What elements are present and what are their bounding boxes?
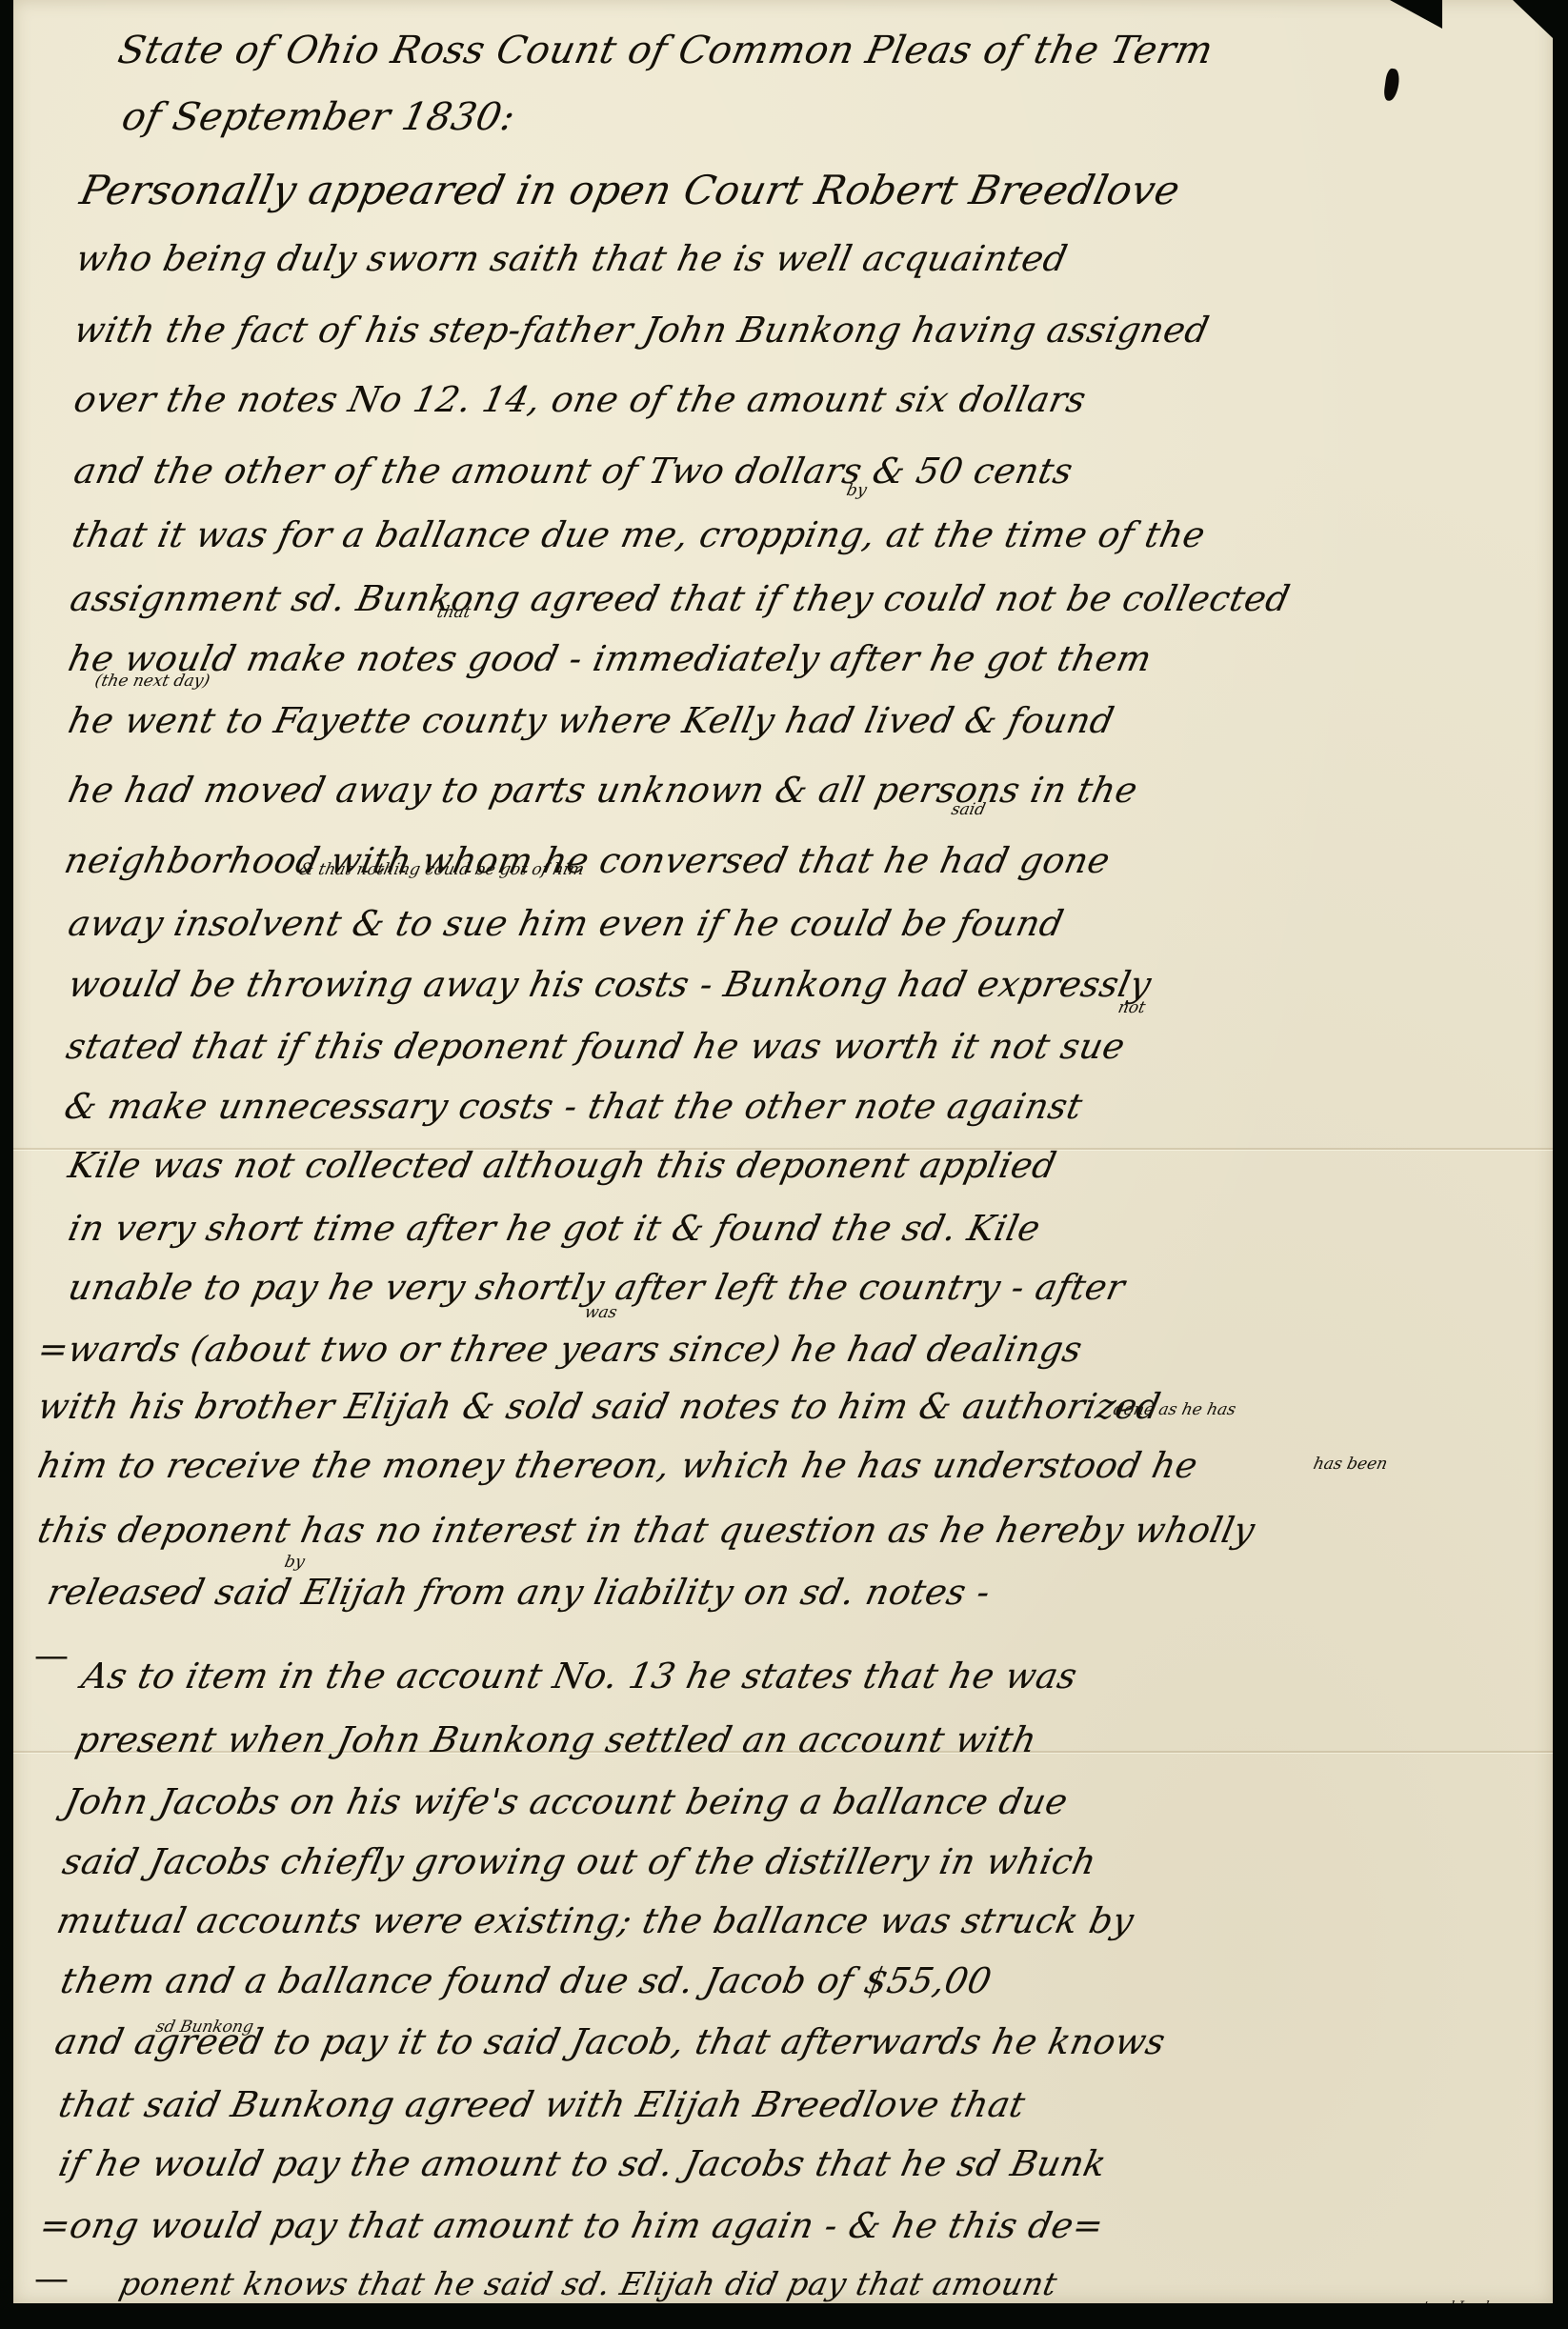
interlineation: said (950, 800, 987, 819)
text-line: mutual accounts were existing; the balla… (53, 1900, 1137, 1941)
text-line: that said Bunkong agreed with Elijah Bre… (55, 2084, 1029, 2125)
text-line: if he would pay the amount to sd. Jacobs… (55, 2143, 1110, 2184)
interlineation: was (583, 1303, 619, 1322)
text-line: that it was for a ballance due me, cropp… (69, 514, 1209, 555)
margin-dash: — (34, 1636, 69, 1676)
text-line: ponent knows that he said sd. Elijah did… (116, 2265, 1061, 2302)
interlineation: by (283, 1553, 307, 1572)
text-line: Personally appeared in open Court Robert… (76, 167, 1184, 213)
heading-line: of September 1830: (118, 95, 519, 139)
text-line: present when John Bunkong settled an acc… (72, 1719, 1040, 1760)
text-line: John Jacobs on his wife's account being … (61, 1781, 1072, 1822)
interlineation: done as he has (1112, 1400, 1237, 1419)
text-line: he would make notes good - immediately a… (65, 638, 1156, 679)
text-line: =ong would pay that amount to him again … (36, 2205, 1108, 2246)
text-line: =wards (about two or three years since) … (34, 1329, 1086, 1370)
interlineation: (the next day) (93, 672, 211, 691)
interlineation: by (845, 481, 869, 500)
interlineation: has been (1312, 1455, 1389, 1474)
text-line: this deponent has no interest in that qu… (34, 1510, 1258, 1551)
text-line: stated that if this deponent found he wa… (63, 1026, 1129, 1067)
text-line: said Jacobs chiefly growing out of the d… (59, 1841, 1100, 1882)
text-line: released said Elijah from any liability … (44, 1572, 995, 1613)
text-line: who being duly sworn saith that he is we… (72, 238, 1071, 279)
text-line: As to item in the account No. 13 he stat… (78, 1656, 1081, 1697)
interlineation: & that nothing could be got of him (297, 860, 586, 879)
text-line: away insolvent & to sue him even if he c… (65, 903, 1068, 944)
text-line: with the fact of his step-father John Bu… (70, 310, 1213, 351)
text-line: unable to pay he very shortly after left… (65, 1267, 1129, 1308)
text-line: Kile was not collected although this dep… (65, 1145, 1060, 1186)
manuscript-page: State of Ohio Ross Count of Common Pleas… (13, 0, 1553, 2303)
text-line: would be throwing away his costs - Bunko… (65, 964, 1156, 1005)
interlineation: not (1116, 998, 1147, 1017)
heading-line: State of Ohio Ross Count of Common Pleas… (114, 29, 1217, 72)
manuscript-text: State of Ohio Ross Count of Common Pleas… (13, 0, 1553, 2303)
text-line: them and a ballance found due sd. Jacob … (57, 1960, 995, 2001)
text-line: he went to Fayette county where Kelly ha… (65, 700, 1118, 741)
text-line: & make unnecessary costs - that the othe… (61, 1086, 1086, 1127)
margin-dash: — (34, 2259, 69, 2299)
text-line: over the notes No 12. 14, one of the amo… (70, 379, 1090, 420)
text-line: in very short time after he got it & fou… (65, 1208, 1044, 1249)
interlineation: to sd Jacobs (1421, 2299, 1500, 2314)
text-line: and the other of the amount of Two dolla… (70, 451, 1076, 492)
text-line: with his brother Elijah & sold said note… (34, 1386, 1164, 1427)
interlineation: sd Bunkong (154, 2018, 255, 2037)
text-line: assignment sd. Bunkong agreed that if th… (67, 578, 1294, 619)
text-line: him to receive the money thereon, which … (34, 1445, 1201, 1486)
text-line: neighborhood with whom he conversed that… (61, 840, 1114, 881)
interlineation: that (435, 603, 472, 622)
